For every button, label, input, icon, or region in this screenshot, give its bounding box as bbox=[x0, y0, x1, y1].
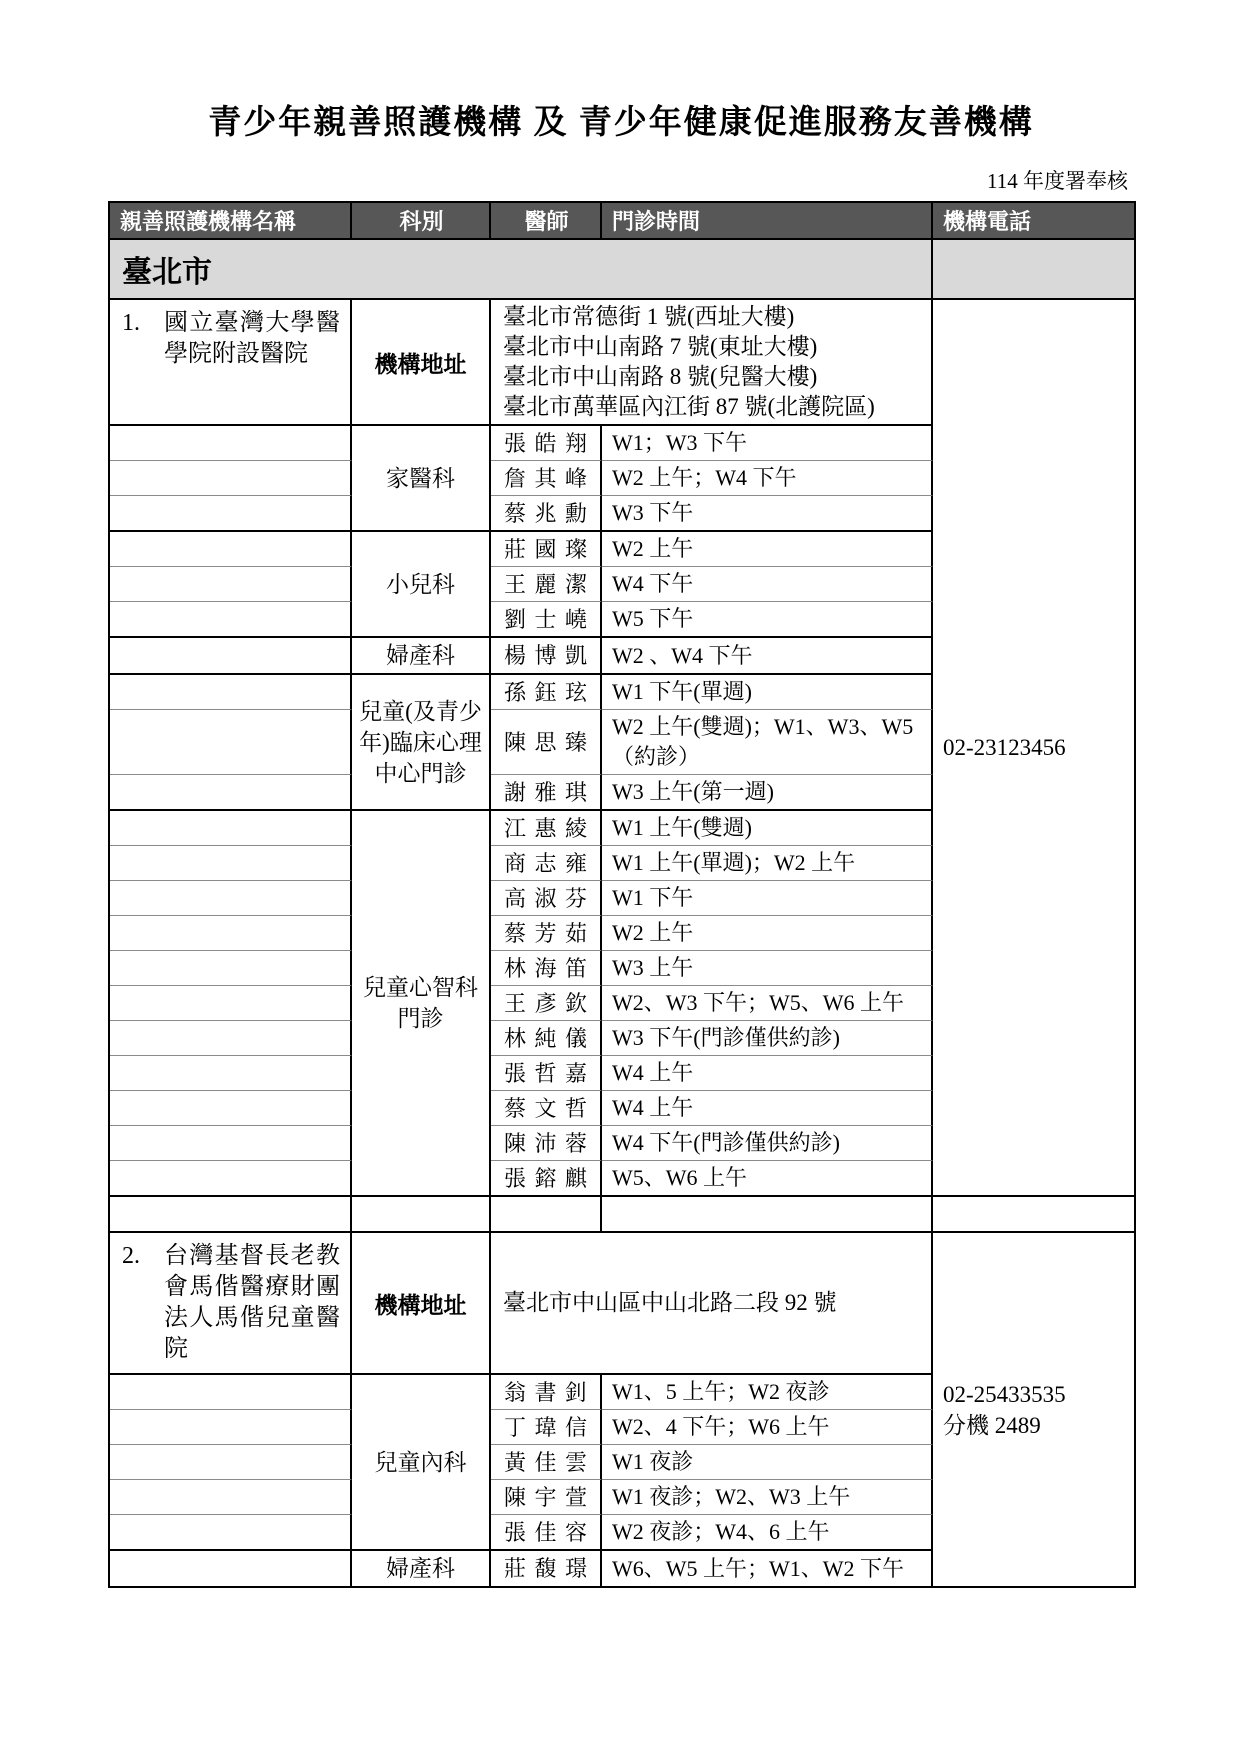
phone-line: 02-25433535 bbox=[943, 1379, 1126, 1410]
clinic-hours-cell: W1；W3 下午 bbox=[602, 426, 933, 461]
institution-name-empty-cell bbox=[110, 496, 352, 532]
clinic-hours-cell: W3 上午 bbox=[602, 951, 933, 986]
department-cell: 婦產科 bbox=[352, 1551, 491, 1588]
doctor-name-cell: 王彥欽 bbox=[491, 986, 602, 1021]
institution-name-empty-cell bbox=[110, 1126, 352, 1161]
institution-name-text: 台灣基督長老教會馬偕醫療財團法人馬偕兒童醫院 bbox=[164, 1241, 340, 1365]
clinic-hours-cell: W1 下午 bbox=[602, 881, 933, 916]
spacer-cell bbox=[602, 1197, 933, 1233]
clinic-hours-cell: W4 下午 bbox=[602, 567, 933, 602]
institution-name-empty-cell bbox=[110, 638, 352, 675]
institution-name-empty-cell bbox=[110, 710, 352, 775]
institution-name-empty-cell bbox=[110, 532, 352, 567]
institution-name-empty-cell bbox=[110, 1515, 352, 1551]
spacer-cell bbox=[352, 1197, 491, 1233]
clinic-hours-cell: W2 上午 bbox=[602, 532, 933, 567]
approval-note: 114 年度署奉核 bbox=[108, 165, 1128, 195]
clinic-hours-cell: W1 下午(單週) bbox=[602, 675, 933, 710]
institution-name-empty-cell bbox=[110, 881, 352, 916]
clinic-hours-cell: W2 夜診；W4、6 上午 bbox=[602, 1515, 933, 1551]
institution-name-empty-cell bbox=[110, 1056, 352, 1091]
institution-name: 2.台灣基督長老教會馬偕醫療財團法人馬偕兒童醫院 bbox=[122, 1241, 340, 1365]
doctor-name-cell: 莊國璨 bbox=[491, 532, 602, 567]
institution-name-empty-cell bbox=[110, 426, 352, 461]
clinic-hours-cell: W6、W5 上午；W1、W2 下午 bbox=[602, 1551, 933, 1588]
doctor-name-cell: 張皓翔 bbox=[491, 426, 602, 461]
doctor-name-cell: 陳宇萱 bbox=[491, 1480, 602, 1515]
doctor-name-cell: 劉士嶢 bbox=[491, 602, 602, 638]
clinic-schedule-table: 親善照護機構名稱 科別 醫師 門診時間 機構電話 臺北市1.國立臺灣大學醫學院附… bbox=[108, 201, 1136, 1588]
institution-name-cell: 1.國立臺灣大學醫學院附設醫院 bbox=[110, 300, 352, 426]
doctor-name-cell: 丁瑋信 bbox=[491, 1410, 602, 1445]
institution-name-empty-cell bbox=[110, 1445, 352, 1480]
clinic-hours-cell: W2 、W4 下午 bbox=[602, 638, 933, 675]
institution-name-empty-cell bbox=[110, 675, 352, 710]
clinic-hours-cell: W2 上午(雙週)；W1、W3、W5（約診） bbox=[602, 710, 933, 775]
table-header-row: 親善照護機構名稱 科別 醫師 門診時間 機構電話 bbox=[110, 203, 1136, 240]
phone-line: 分機 2489 bbox=[943, 1410, 1126, 1441]
clinic-hours-cell: W5 下午 bbox=[602, 602, 933, 638]
region-row: 臺北市 bbox=[110, 240, 1136, 300]
clinic-hours-cell: W1、5 上午；W2 夜診 bbox=[602, 1375, 933, 1410]
doctor-name-cell: 莊馥璟 bbox=[491, 1551, 602, 1588]
page-title: 青少年親善照護機構 及 青少年健康促進服務友善機構 bbox=[108, 0, 1134, 143]
doctor-name-cell: 張鎔麒 bbox=[491, 1161, 602, 1197]
doctor-name-cell: 高淑芬 bbox=[491, 881, 602, 916]
institution-address-row: 2.台灣基督長老教會馬偕醫療財團法人馬偕兒童醫院機構地址臺北市中山區中山北路二段… bbox=[110, 1233, 1136, 1375]
institution-name-empty-cell bbox=[110, 1375, 352, 1410]
institution-name-empty-cell bbox=[110, 916, 352, 951]
doctor-name-cell: 林純儀 bbox=[491, 1021, 602, 1056]
institution-name-empty-cell bbox=[110, 1161, 352, 1197]
institution-name-empty-cell bbox=[110, 1480, 352, 1515]
document-page: 青少年親善照護機構 及 青少年健康促進服務友善機構 114 年度署奉核 親善照護… bbox=[108, 0, 1134, 1588]
address-cell: 臺北市常德街 1 號(西址大樓)臺北市中山南路 7 號(東址大樓)臺北市中山南路… bbox=[491, 300, 933, 426]
institution-name-empty-cell bbox=[110, 461, 352, 496]
region-phone-cell bbox=[933, 240, 1136, 300]
doctor-name-cell: 江惠綾 bbox=[491, 811, 602, 846]
phone-cell: 02-23123456 bbox=[933, 300, 1136, 1197]
doctor-name-cell: 商志雍 bbox=[491, 846, 602, 881]
clinic-hours-cell: W4 上午 bbox=[602, 1091, 933, 1126]
department-cell: 婦產科 bbox=[352, 638, 491, 675]
spacer-cell bbox=[491, 1197, 602, 1233]
institution-name-empty-cell bbox=[110, 1091, 352, 1126]
phone-line: 02-23123456 bbox=[943, 732, 1126, 763]
spacer-cell bbox=[110, 1197, 352, 1233]
doctor-name-cell: 陳思臻 bbox=[491, 710, 602, 775]
doctor-name-cell: 林海笛 bbox=[491, 951, 602, 986]
clinic-hours-cell: W2、4 下午；W6 上午 bbox=[602, 1410, 933, 1445]
department-cell: 小兒科 bbox=[352, 532, 491, 638]
doctor-name-cell: 楊博凱 bbox=[491, 638, 602, 675]
institution-name-empty-cell bbox=[110, 567, 352, 602]
doctor-name-cell: 蔡文哲 bbox=[491, 1091, 602, 1126]
phone-cell: 02-25433535分機 2489 bbox=[933, 1233, 1136, 1588]
institution-name-empty-cell bbox=[110, 951, 352, 986]
institution-name-empty-cell bbox=[110, 986, 352, 1021]
clinic-hours-cell: W3 上午(第一週) bbox=[602, 775, 933, 811]
doctor-name-cell: 王麗潔 bbox=[491, 567, 602, 602]
institution-name-empty-cell bbox=[110, 775, 352, 811]
institution-name-empty-cell bbox=[110, 1551, 352, 1588]
address-line: 臺北市中山區中山北路二段 92 號 bbox=[503, 1288, 923, 1318]
institution-number: 1. bbox=[122, 308, 164, 370]
institution-name-empty-cell bbox=[110, 602, 352, 638]
address-line: 臺北市常德街 1 號(西址大樓) bbox=[503, 302, 923, 332]
doctor-name-cell: 蔡芳茹 bbox=[491, 916, 602, 951]
clinic-hours-cell: W2、W3 下午；W5、W6 上午 bbox=[602, 986, 933, 1021]
institution-address-row: 1.國立臺灣大學醫學院附設醫院機構地址臺北市常德街 1 號(西址大樓)臺北市中山… bbox=[110, 300, 1136, 426]
institution-name-text: 國立臺灣大學醫學院附設醫院 bbox=[164, 308, 340, 370]
col-header-phone: 機構電話 bbox=[933, 203, 1136, 240]
doctor-name-cell: 黃佳雲 bbox=[491, 1445, 602, 1480]
clinic-hours-cell: W4 下午(門診僅供約診) bbox=[602, 1126, 933, 1161]
spacer-row bbox=[110, 1197, 1136, 1233]
doctor-name-cell: 謝雅琪 bbox=[491, 775, 602, 811]
doctor-name-cell: 孫鈺玹 bbox=[491, 675, 602, 710]
clinic-hours-cell: W1 上午(雙週) bbox=[602, 811, 933, 846]
address-line: 臺北市中山南路 8 號(兒醫大樓) bbox=[503, 362, 923, 392]
institution-name: 1.國立臺灣大學醫學院附設醫院 bbox=[122, 308, 340, 370]
address-line: 臺北市中山南路 7 號(東址大樓) bbox=[503, 332, 923, 362]
department-cell: 兒童(及青少年)臨床心理中心門診 bbox=[352, 675, 491, 811]
institution-name-empty-cell bbox=[110, 1021, 352, 1056]
clinic-hours-cell: W1 夜診 bbox=[602, 1445, 933, 1480]
department-cell: 兒童心智科門診 bbox=[352, 811, 491, 1197]
doctor-name-cell: 張哲嘉 bbox=[491, 1056, 602, 1091]
col-header-institution-name: 親善照護機構名稱 bbox=[110, 203, 352, 240]
clinic-hours-cell: W3 下午(門診僅供約診) bbox=[602, 1021, 933, 1056]
clinic-hours-cell: W3 下午 bbox=[602, 496, 933, 532]
clinic-hours-cell: W4 上午 bbox=[602, 1056, 933, 1091]
address-label-cell: 機構地址 bbox=[352, 1233, 491, 1375]
department-cell: 家醫科 bbox=[352, 426, 491, 532]
clinic-hours-cell: W5、W6 上午 bbox=[602, 1161, 933, 1197]
col-header-doctor: 醫師 bbox=[491, 203, 602, 240]
institution-name-cell: 2.台灣基督長老教會馬偕醫療財團法人馬偕兒童醫院 bbox=[110, 1233, 352, 1375]
clinic-hours-cell: W1 夜診；W2、W3 上午 bbox=[602, 1480, 933, 1515]
department-cell: 兒童內科 bbox=[352, 1375, 491, 1551]
col-header-department: 科別 bbox=[352, 203, 491, 240]
col-header-clinic-hours: 門診時間 bbox=[602, 203, 933, 240]
doctor-name-cell: 張佳容 bbox=[491, 1515, 602, 1551]
region-label: 臺北市 bbox=[110, 240, 933, 300]
address-line: 臺北市萬華區內江街 87 號(北護院區) bbox=[503, 392, 923, 422]
address-label-cell: 機構地址 bbox=[352, 300, 491, 426]
institution-name-empty-cell bbox=[110, 846, 352, 881]
institution-number: 2. bbox=[122, 1241, 164, 1365]
doctor-name-cell: 翁書釗 bbox=[491, 1375, 602, 1410]
clinic-hours-cell: W1 上午(單週)；W2 上午 bbox=[602, 846, 933, 881]
address-cell: 臺北市中山區中山北路二段 92 號 bbox=[491, 1233, 933, 1375]
clinic-hours-cell: W2 上午 bbox=[602, 916, 933, 951]
doctor-name-cell: 陳沛蓉 bbox=[491, 1126, 602, 1161]
institution-name-empty-cell bbox=[110, 1410, 352, 1445]
doctor-name-cell: 蔡兆勳 bbox=[491, 496, 602, 532]
spacer-cell bbox=[933, 1197, 1136, 1233]
doctor-name-cell: 詹其峰 bbox=[491, 461, 602, 496]
institution-name-empty-cell bbox=[110, 811, 352, 846]
clinic-hours-cell: W2 上午；W4 下午 bbox=[602, 461, 933, 496]
